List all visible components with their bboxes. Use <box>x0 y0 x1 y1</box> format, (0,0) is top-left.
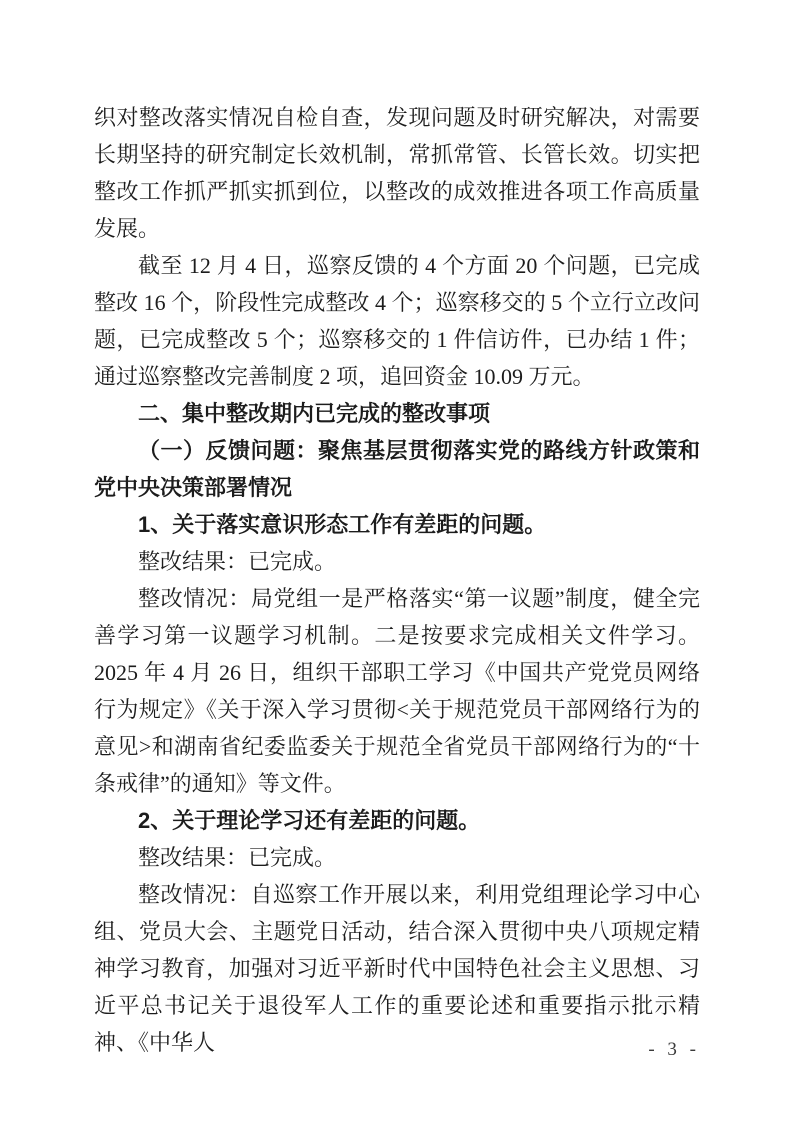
item-heading-2: 2、关于理论学习还有差距的问题。 <box>94 802 700 839</box>
document-body: 织对整改落实情况自检自查，发现问题及时研究解决，对需要长期坚持的研究制定长效机制… <box>94 99 700 1061</box>
section-heading-level2: （一）反馈问题：聚焦基层贯彻落实党的路线方针政策和党中央决策部署情况 <box>94 432 700 506</box>
paragraph-detail-2: 整改情况：自巡察工作开展以来，利用党组理论学习中心组、党员大会、主题党日活动，结… <box>94 876 700 1061</box>
paragraph-detail-1: 整改情况：局党组一是严格落实“第一议题”制度，健全完善学习第一议题学习机制。二是… <box>94 580 700 802</box>
section-heading-level1: 二、集中整改期内已完成的整改事项 <box>94 395 700 432</box>
paragraph-result-1: 整改结果：已完成。 <box>94 543 700 580</box>
page-number: - 3 - <box>648 1038 700 1062</box>
paragraph-continuation: 织对整改落实情况自检自查，发现问题及时研究解决，对需要长期坚持的研究制定长效机制… <box>94 99 700 247</box>
document-page: 织对整改落实情况自检自查，发现问题及时研究解决，对需要长期坚持的研究制定长效机制… <box>0 0 793 1122</box>
paragraph-progress-summary: 截至 12 月 4 日，巡察反馈的 4 个方面 20 个问题，已完成整改 16 … <box>94 247 700 395</box>
item-heading-1: 1、关于落实意识形态工作有差距的问题。 <box>94 506 700 543</box>
paragraph-result-2: 整改结果：已完成。 <box>94 839 700 876</box>
